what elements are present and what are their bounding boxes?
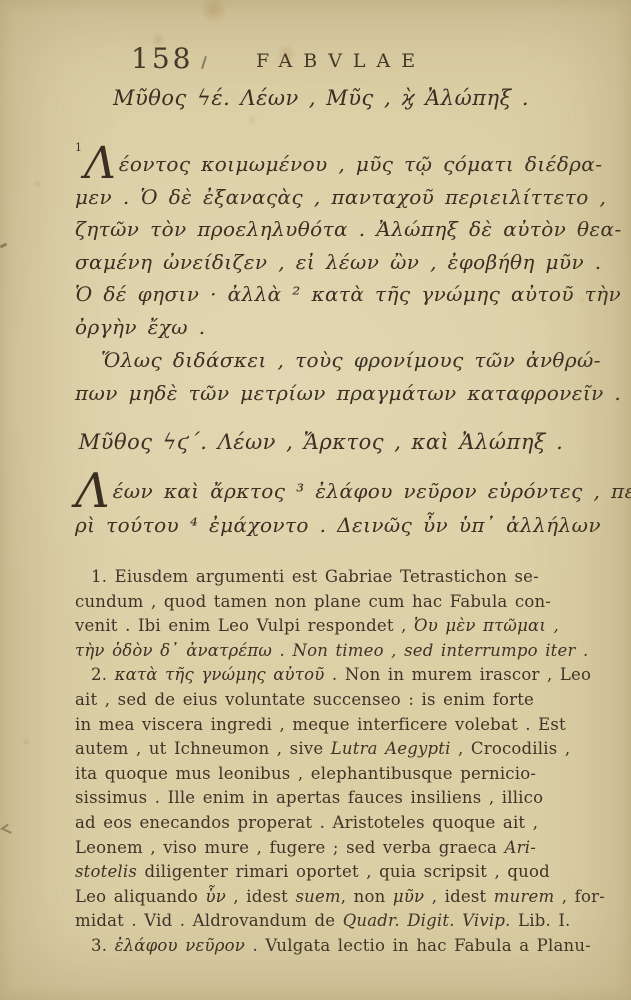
greek-line: Ὁ δέ φησιν · ἀλλὰ ² κατὰ τῆς γνώμης αὐτο… [75,278,575,311]
footnote-line: midat . Vid . Aldrovandum de Quadr. Digi… [75,909,575,934]
greek-line: πων μηδὲ τῶν μετρίων πραγμάτων καταφρονε… [75,377,575,410]
book-page-scan: 158 FABVLAE Μῦθος ϟέ. Λέων , Μῦς , ϗ̀ Ἀλ… [0,0,631,1000]
greek-line: Ὅλως διδάσκει , τοὺς φρονίμους τῶν ἀνθρώ… [75,344,575,377]
fable-96-heading: Μῦθος ϟϛ´. Λέων , Ἄρκτος , καὶ Ἀλώπηξ . [75,430,567,454]
stray-ink-mark [0,824,9,831]
greek-line: σαμένη ὠνείδιζεν , εἰ λέων ὢν , ἐφοβήθη … [75,246,575,279]
footnote-line: Leo aliquando ὗν , idest suem, non μῦν ,… [75,885,575,910]
footnote-line: ad eos enecandos properat . Aristoteles … [75,811,575,836]
footnote-line: 3. ἐλάφου νεῦρον . Vulgata lectio in hac… [75,934,575,959]
footnote-line: in mea viscera ingredi , meque interfice… [75,713,575,738]
greek-line-text: έων καὶ ἄρκτος ³ ἐλάφου νεῦρον εὑρόντες … [113,479,631,503]
footnote-line: venit . Ibi enim Leo Vulpi respondet , Ὀ… [75,614,575,639]
footnote-line: 2. κατὰ τῆς γνώμης αὐτοῦ . Non in murem … [75,663,575,688]
stray-ink-mark [0,243,7,249]
greek-line: ζητῶν τὸν προεληλυθότα . Ἀλώπηξ δὲ αὐτὸν… [75,213,575,246]
footnote-line: τὴν ὁδὸν δ᾽ ἀνατρέπω . Non timeo , sed i… [75,639,575,664]
footnote-line: sissimus . Ille enim in apertas fauces i… [75,786,575,811]
footnote-line: autem , ut Ichneumon , sive Lutra Aegypt… [75,737,575,762]
fable-96-paragraph: Λέων καὶ ἄρκτος ³ ἐλάφου νεῦρον εὑρόντες… [75,474,575,542]
footnote-marker-1: 1 [75,141,82,154]
stray-ink-mark [201,56,207,69]
greek-line: ρὶ τούτου ⁴ ἐμάχοντο . Δεινῶς ὖν ὑπ᾽ ἀλλ… [75,508,575,542]
greek-line: Λέων καὶ ἄρκτος ³ ἐλάφου νεῦρον εὑρόντες… [75,474,575,508]
fable-95-moral: Ὅλως διδάσκει , τοὺς φρονίμους τῶν ἀνθρώ… [75,344,575,410]
fable-95-heading: Μῦθος ϟέ. Λέων , Μῦς , ϗ̀ Ἀλώπηξ . [75,86,567,110]
fable-95-paragraph: 1Λέοντος κοιμωμένου , μῦς τῷ ςόματι διέδ… [75,132,575,343]
footnote-line: ita quoque mus leonibus , elephantibusqu… [75,762,575,787]
footnote-line: 1. Eiusdem argumenti est Gabriae Tetrast… [75,565,575,590]
footnote-line: cundum , quod tamen non plane cum hac Fa… [75,590,575,615]
greek-line-text: έοντος κοιμωμένου , μῦς τῷ ςόματι διέδρα… [119,152,603,176]
greek-line: μεν . Ὁ δὲ ἐξαναςὰς , πανταχοῦ περιειλίτ… [75,181,575,214]
footnotes-block: 1. Eiusdem argumenti est Gabriae Tetrast… [75,565,575,959]
running-head-title: FABVLAE [256,50,426,72]
greek-line: ὀργὴν ἔχω . [75,311,575,344]
footnote-line: stotelis diligenter rimari oportet , qui… [75,860,575,885]
footnote-line: Leonem , viso mure , fugere ; sed verba … [75,836,575,861]
greek-line: 1Λέοντος κοιμωμένου , μῦς τῷ ςόματι διέδ… [75,132,575,181]
footnote-line: ait , sed de eius voluntate succenseo : … [75,688,575,713]
page-number: 158 [131,42,193,75]
